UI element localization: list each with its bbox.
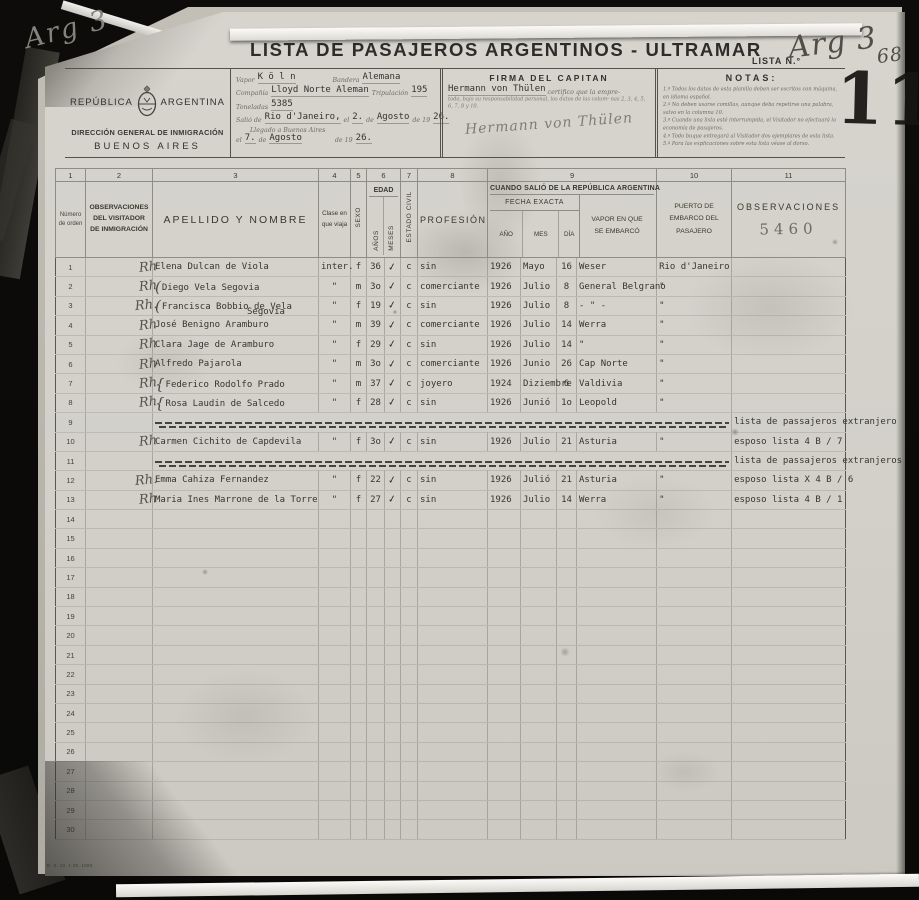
name-cell: José Benigno Aramburo <box>153 316 319 335</box>
sex-cell <box>351 820 367 839</box>
profession-cell: comerciante <box>418 354 488 373</box>
observations-cell <box>732 354 846 373</box>
row-number-cell: 13 <box>56 490 86 509</box>
name-cell <box>153 800 319 819</box>
observations-cell <box>732 258 846 277</box>
check-cell: ✓ <box>385 277 401 296</box>
passenger-name: Diego Vela Segovia <box>162 283 260 293</box>
handwritten-check-mark: ✓ <box>388 357 397 371</box>
check-cell <box>385 607 401 626</box>
row-number-cell: 26 <box>56 742 86 761</box>
visitor-mark-cell <box>86 626 153 645</box>
exit-day-cell <box>557 703 577 722</box>
class-cell: " <box>319 277 351 296</box>
profession-cell: comerciante <box>418 316 488 335</box>
embark-port-cell <box>657 626 732 645</box>
table-row: 11lista de passajeros extranjeros <box>56 451 846 470</box>
table-row: 16 <box>56 548 846 567</box>
exit-ship-cell <box>577 548 657 567</box>
compania-label: Compañía <box>236 90 268 97</box>
exit-month-cell: Julio <box>521 335 557 354</box>
exit-day-cell <box>557 762 577 781</box>
visitor-mark-cell <box>86 781 153 800</box>
header-dia: DÍA <box>558 211 579 257</box>
exit-day-cell <box>557 742 577 761</box>
civil-status-cell: c <box>401 258 418 277</box>
exit-ship-cell <box>577 800 657 819</box>
table-row: 24 <box>56 703 846 722</box>
profession-cell <box>418 781 488 800</box>
header-observaciones: OBSERVACIONES 5460 <box>732 182 846 258</box>
sex-cell <box>351 568 367 587</box>
profession-cell: sin <box>418 432 488 451</box>
sex-cell <box>351 723 367 742</box>
exit-day-cell: 14 <box>557 316 577 335</box>
exit-month-cell: Julio <box>521 432 557 451</box>
civil-status-cell <box>401 800 418 819</box>
handwritten-check-mark: ✓ <box>388 260 397 274</box>
age-years-cell <box>367 510 385 529</box>
observations-cell <box>732 374 846 393</box>
civil-status-cell: c <box>401 393 418 412</box>
visitor-mark-cell: Rh <box>86 316 153 335</box>
passenger-name: Clara Jage de Aramburo <box>155 340 274 350</box>
class-cell <box>319 607 351 626</box>
row-number-cell: 23 <box>56 684 86 703</box>
exit-month-cell <box>521 684 557 703</box>
age-years-cell: 29 <box>367 335 385 354</box>
exit-day-cell <box>557 820 577 839</box>
handwritten-check-mark: ✓ <box>388 319 397 333</box>
class-cell: " <box>319 490 351 509</box>
observations-cell <box>732 607 846 626</box>
exit-month-cell <box>521 529 557 548</box>
name-cell: {Federico Rodolfo Prado <box>153 374 319 393</box>
exit-ship-cell: Weser <box>577 258 657 277</box>
exit-day-cell <box>557 684 577 703</box>
class-cell <box>319 723 351 742</box>
sex-cell <box>351 587 367 606</box>
table-row: 19 <box>56 607 846 626</box>
observations-cell <box>732 587 846 606</box>
exit-ship-cell: " <box>577 335 657 354</box>
visitor-mark-cell: Rh. <box>86 296 153 315</box>
class-cell: " <box>319 316 351 335</box>
row-number-cell: 27 <box>56 762 86 781</box>
table-row: 6RhAlfredo Pajarola"m3o✓ccomerciante1926… <box>56 354 846 373</box>
passenger-name: José Benigno Aramburo <box>155 320 269 330</box>
check-cell <box>385 762 401 781</box>
check-cell: ✓ <box>385 354 401 373</box>
class-cell <box>319 820 351 839</box>
observations-cell <box>732 684 846 703</box>
name-cell <box>153 645 319 664</box>
embark-port-cell <box>657 820 732 839</box>
column-label-row: Número de orden OBSERVACIONES DEL VISITA… <box>56 182 846 258</box>
age-years-cell: 28 <box>367 393 385 412</box>
visitor-mark-cell: Rh <box>86 277 153 296</box>
document-page: LISTA DE PASAJEROS ARGENTINOS - ULTRAMAR… <box>45 12 905 876</box>
captain-signature-block: FIRMA DEL CAPITAN Hermann von Thülen cer… <box>440 69 655 157</box>
class-cell: " <box>319 471 351 490</box>
age-years-cell: 3o <box>367 432 385 451</box>
exit-year-cell: 1926 <box>488 277 521 296</box>
header-visitador: OBSERVACIONES DEL VISITADOR DE INMIGRACI… <box>86 182 153 258</box>
profession-cell <box>418 626 488 645</box>
name-cell: Clara Jage de Aramburo <box>153 335 319 354</box>
passenger-name: Carmen Cichito de Capdevila <box>155 437 301 447</box>
name-cell <box>153 587 319 606</box>
age-years-cell: 3o <box>367 354 385 373</box>
exit-month-cell <box>521 703 557 722</box>
visitor-initials-handwritten: Rh <box>138 278 158 295</box>
exit-ship-cell <box>577 820 657 839</box>
observations-cell <box>732 529 846 548</box>
embark-port-cell <box>657 762 732 781</box>
sex-cell: f <box>351 296 367 315</box>
observations-cell <box>732 335 846 354</box>
handwritten-check-mark: ✓ <box>388 377 397 391</box>
sex-cell <box>351 684 367 703</box>
exit-month-cell: Diziembre <box>521 374 557 393</box>
exit-day-cell: 8 <box>557 277 577 296</box>
row-number-cell: 18 <box>56 587 86 606</box>
table-row: 27 <box>56 762 846 781</box>
typed-separator-line <box>155 461 729 467</box>
exit-ship-cell: - " - <box>577 296 657 315</box>
list-number-stamp: 5460 <box>734 219 843 239</box>
header-puerto: PUERTO DE EMBARCO DEL PASAJERO <box>657 182 732 258</box>
exit-month-cell <box>521 568 557 587</box>
name-cell <box>153 742 319 761</box>
observations-cell <box>732 277 846 296</box>
profession-cell <box>418 820 488 839</box>
name-cell <box>153 510 319 529</box>
age-years-cell <box>367 684 385 703</box>
profession-cell: sin <box>418 490 488 509</box>
table-row: 8Rh{Rosa Laudin de Salcedo"f28✓csin1926J… <box>56 393 846 412</box>
profession-cell: joyero <box>418 374 488 393</box>
profession-cell <box>418 607 488 626</box>
embark-port-cell <box>657 781 732 800</box>
visitor-mark-cell: Rh <box>86 393 153 412</box>
visitor-initials-handwritten: Rh <box>138 395 158 412</box>
passenger-name: Maria Ines Marrone de la Torre <box>155 495 318 505</box>
exit-year-cell <box>488 587 521 606</box>
nota-item: 5.ª Para las explicaciones sobre esta li… <box>663 140 840 148</box>
exit-month-cell: Junió <box>521 393 557 412</box>
exit-ship-cell <box>577 568 657 587</box>
notas-title: NOTAS: <box>663 73 840 83</box>
observations-cell <box>732 296 846 315</box>
embark-port-cell <box>657 568 732 587</box>
civil-status-cell: c <box>401 296 418 315</box>
table-row: 23 <box>56 684 846 703</box>
captain-box-title: FIRMA DEL CAPITAN <box>448 73 650 83</box>
observations-cell <box>732 510 846 529</box>
observations-cell <box>732 781 846 800</box>
header-edad-group: EDAD AÑOS MESES <box>367 182 401 258</box>
embark-port-cell <box>657 723 732 742</box>
nota-item: 1.ª Todos los datos de esta planilla deb… <box>663 85 840 101</box>
sex-cell <box>351 703 367 722</box>
exit-day-cell: 21 <box>557 432 577 451</box>
passenger-name: Alfredo Pajarola <box>155 359 242 369</box>
civil-status-cell: c <box>401 374 418 393</box>
class-cell: " <box>319 374 351 393</box>
table-row: 26 <box>56 742 846 761</box>
civil-status-cell: c <box>401 432 418 451</box>
name-cell <box>153 820 319 839</box>
sex-cell <box>351 510 367 529</box>
check-cell <box>385 645 401 664</box>
class-cell <box>319 665 351 684</box>
class-cell: " <box>319 432 351 451</box>
row-number-cell: 29 <box>56 800 86 819</box>
sex-cell: f <box>351 432 367 451</box>
name-cell <box>153 607 319 626</box>
embark-port-cell: " <box>657 354 732 373</box>
table-row: 14 <box>56 510 846 529</box>
class-cell: " <box>319 335 351 354</box>
exit-day-cell <box>557 645 577 664</box>
class-cell <box>319 800 351 819</box>
visitor-mark-cell <box>86 548 153 567</box>
visitor-initials-handwritten: Rh <box>138 259 158 276</box>
exit-day-cell: 16 <box>557 258 577 277</box>
exit-year-cell <box>488 626 521 645</box>
profession-cell <box>418 703 488 722</box>
salio-label: Salió de <box>236 117 262 124</box>
civil-status-cell <box>401 607 418 626</box>
profession-cell <box>418 587 488 606</box>
printer-code: B. S. 10. 1.25. 1000. <box>47 864 94 868</box>
name-cell <box>153 568 319 587</box>
ship-details-block: Vapor K ö l n Bandera Alemana Compañía L… <box>230 69 440 157</box>
profession-cell <box>418 529 488 548</box>
class-cell <box>319 703 351 722</box>
table-row: 30 <box>56 820 846 839</box>
row-number-cell: 7 <box>56 374 86 393</box>
page-stack-edge <box>0 119 36 242</box>
column-number-row: 1 2 3 4 5 6 7 8 9 10 11 <box>56 169 846 182</box>
observations-cell <box>732 316 846 335</box>
exit-day-cell <box>557 568 577 587</box>
exit-year-cell <box>488 762 521 781</box>
toneladas-label: Toneladas <box>236 104 268 111</box>
exit-month-cell <box>521 723 557 742</box>
argentina-coat-of-arms-icon <box>134 85 160 119</box>
salio-mes: Agosto <box>377 113 410 124</box>
header-band: REPÚBLICA ARGENTINA DIRECCIÓN GENERAL DE… <box>65 68 845 158</box>
visitor-mark-cell <box>86 665 153 684</box>
visitor-initials-handwritten: Rh <box>138 433 158 450</box>
exit-ship-cell <box>577 587 657 606</box>
civil-status-cell <box>401 665 418 684</box>
observations-cell <box>732 703 846 722</box>
check-cell <box>385 568 401 587</box>
exit-day-cell <box>557 510 577 529</box>
exit-year-cell <box>488 820 521 839</box>
toneladas-value: 5385 <box>271 100 293 111</box>
exit-month-cell <box>521 626 557 645</box>
exit-day-cell <box>557 800 577 819</box>
age-years-cell <box>367 820 385 839</box>
age-years-cell <box>367 781 385 800</box>
header-apellido: APELLIDO Y NOMBRE <box>153 182 319 258</box>
exit-ship-cell: Asturia <box>577 471 657 490</box>
name-cell <box>153 665 319 684</box>
civil-status-cell <box>401 568 418 587</box>
check-cell <box>385 800 401 819</box>
table-row: 9lista de passajeros extranjero <box>56 413 846 432</box>
civil-status-cell <box>401 684 418 703</box>
civil-status-cell <box>401 529 418 548</box>
check-cell <box>385 820 401 839</box>
row-number-cell: 3 <box>56 296 86 315</box>
observations-cell <box>732 393 846 412</box>
sex-cell <box>351 762 367 781</box>
table-row: 18 <box>56 587 846 606</box>
age-years-cell: 19 <box>367 296 385 315</box>
sex-cell <box>351 529 367 548</box>
exit-month-cell: Junio <box>521 354 557 373</box>
profession-cell: sin <box>418 335 488 354</box>
age-years-cell: 22 <box>367 471 385 490</box>
table-row: 2Rh(Diego Vela Segovia"m3o✓ccomerciante1… <box>56 277 846 296</box>
exit-ship-cell <box>577 762 657 781</box>
exit-ship-cell: Asturia <box>577 432 657 451</box>
class-cell: inter. <box>319 258 351 277</box>
name-cell <box>153 703 319 722</box>
passenger-table: 1 2 3 4 5 6 7 8 9 10 11 Número de orden … <box>55 168 846 840</box>
table-row: 7Rh{Federico Rodolfo Prado"m37✓cjoyero19… <box>56 374 846 393</box>
notas-list: 1.ª Todos los datos de esta planilla deb… <box>663 85 840 148</box>
observations-cell: esposo lista X 4 B / 6 <box>732 471 846 490</box>
exit-month-cell <box>521 665 557 684</box>
profession-cell: comerciante <box>418 277 488 296</box>
row-number-cell: 12 <box>56 471 86 490</box>
embark-port-cell: " <box>657 393 732 412</box>
exit-ship-cell: Valdivia <box>577 374 657 393</box>
header-anos: AÑOS <box>369 197 383 255</box>
exit-month-cell: Julio <box>521 316 557 335</box>
exit-month-cell: Mayo <box>521 258 557 277</box>
visitor-initials-handwritten: Rh. <box>134 297 158 314</box>
sex-cell: f <box>351 490 367 509</box>
name-cell: Alfredo Pajarola <box>153 354 319 373</box>
profession-cell: sin <box>418 258 488 277</box>
row-number-cell: 25 <box>56 723 86 742</box>
sex-cell: m <box>351 277 367 296</box>
exit-day-cell: 1o <box>557 393 577 412</box>
class-cell <box>319 529 351 548</box>
exit-month-cell <box>521 607 557 626</box>
check-cell <box>385 548 401 567</box>
table-row: 25 <box>56 723 846 742</box>
exit-ship-cell <box>577 607 657 626</box>
class-cell <box>319 568 351 587</box>
captain-fine-print: todo, bajo su responsabilidad personal, … <box>448 96 650 111</box>
vapor-label: Vapor <box>236 77 255 84</box>
header-vapor-embarco: VAPOR EN QUE SE EMBARCÓ <box>579 195 654 257</box>
overlying-sheet-edge-bottom <box>116 874 919 898</box>
film-frame-stamp: 11 <box>835 57 919 144</box>
visitor-mark-cell <box>86 645 153 664</box>
civil-status-cell <box>401 587 418 606</box>
visitor-initials-handwritten: Rh <box>138 336 158 353</box>
civil-status-cell <box>401 645 418 664</box>
profession-cell <box>418 568 488 587</box>
age-years-cell: 3o <box>367 277 385 296</box>
llegado-mes: Agosto <box>269 134 302 145</box>
sex-cell <box>351 800 367 819</box>
table-row: 20 <box>56 626 846 645</box>
civil-status-cell <box>401 548 418 567</box>
visitor-mark-cell <box>86 510 153 529</box>
exit-day-cell: 14 <box>557 490 577 509</box>
visitor-mark-cell <box>86 742 153 761</box>
llegado-dia: 7. <box>245 134 256 145</box>
age-years-cell <box>367 587 385 606</box>
embark-port-cell: " <box>657 277 732 296</box>
llegado-ano: 26. <box>356 134 372 145</box>
exit-month-cell <box>521 645 557 664</box>
captain-signature-handwritten: Hermann von Thülen <box>448 109 651 139</box>
nota-item: 3.ª Cuando una lista esté interrumpida, … <box>663 116 840 132</box>
exit-day-cell: 8 <box>557 296 577 315</box>
header-numero: Número de orden <box>56 182 86 258</box>
document-title: LISTA DE PASAJEROS ARGENTINOS - ULTRAMAR <box>250 39 670 61</box>
embark-port-cell <box>657 665 732 684</box>
salio-puerto: Rio d'Janeiro, <box>265 113 341 124</box>
age-years-cell <box>367 742 385 761</box>
name-cell <box>153 626 319 645</box>
embark-port-cell <box>657 703 732 722</box>
vapor-value: K ö l n <box>258 73 296 84</box>
profession-cell <box>418 762 488 781</box>
observations-cell <box>732 762 846 781</box>
check-cell: ✓ <box>385 335 401 354</box>
name-cell <box>153 762 319 781</box>
row-number-cell: 15 <box>56 529 86 548</box>
visitor-mark-cell <box>86 762 153 781</box>
embark-port-cell: " <box>657 471 732 490</box>
handwritten-check-mark: ✓ <box>388 338 397 352</box>
sex-cell: m <box>351 374 367 393</box>
exit-month-cell <box>521 510 557 529</box>
passenger-name: Elena Dulcan de Viola <box>155 262 269 272</box>
check-cell: ✓ <box>385 393 401 412</box>
embark-port-cell <box>657 529 732 548</box>
class-cell <box>319 626 351 645</box>
civil-status-cell: c <box>401 471 418 490</box>
row-number-cell: 28 <box>56 781 86 800</box>
exit-month-cell <box>521 762 557 781</box>
table-row: 17 <box>56 568 846 587</box>
check-cell <box>385 665 401 684</box>
name-cell: Elena Dulcan de Viola <box>153 258 319 277</box>
class-cell <box>319 762 351 781</box>
age-years-cell <box>367 607 385 626</box>
sex-cell <box>351 548 367 567</box>
exit-day-cell <box>557 665 577 684</box>
passenger-name: Emma Cahiza Fernandez <box>155 475 269 485</box>
civil-status-cell <box>401 510 418 529</box>
age-years-cell: 36 <box>367 258 385 277</box>
exit-month-cell: Julio <box>521 277 557 296</box>
exit-year-cell: 1924 <box>488 374 521 393</box>
